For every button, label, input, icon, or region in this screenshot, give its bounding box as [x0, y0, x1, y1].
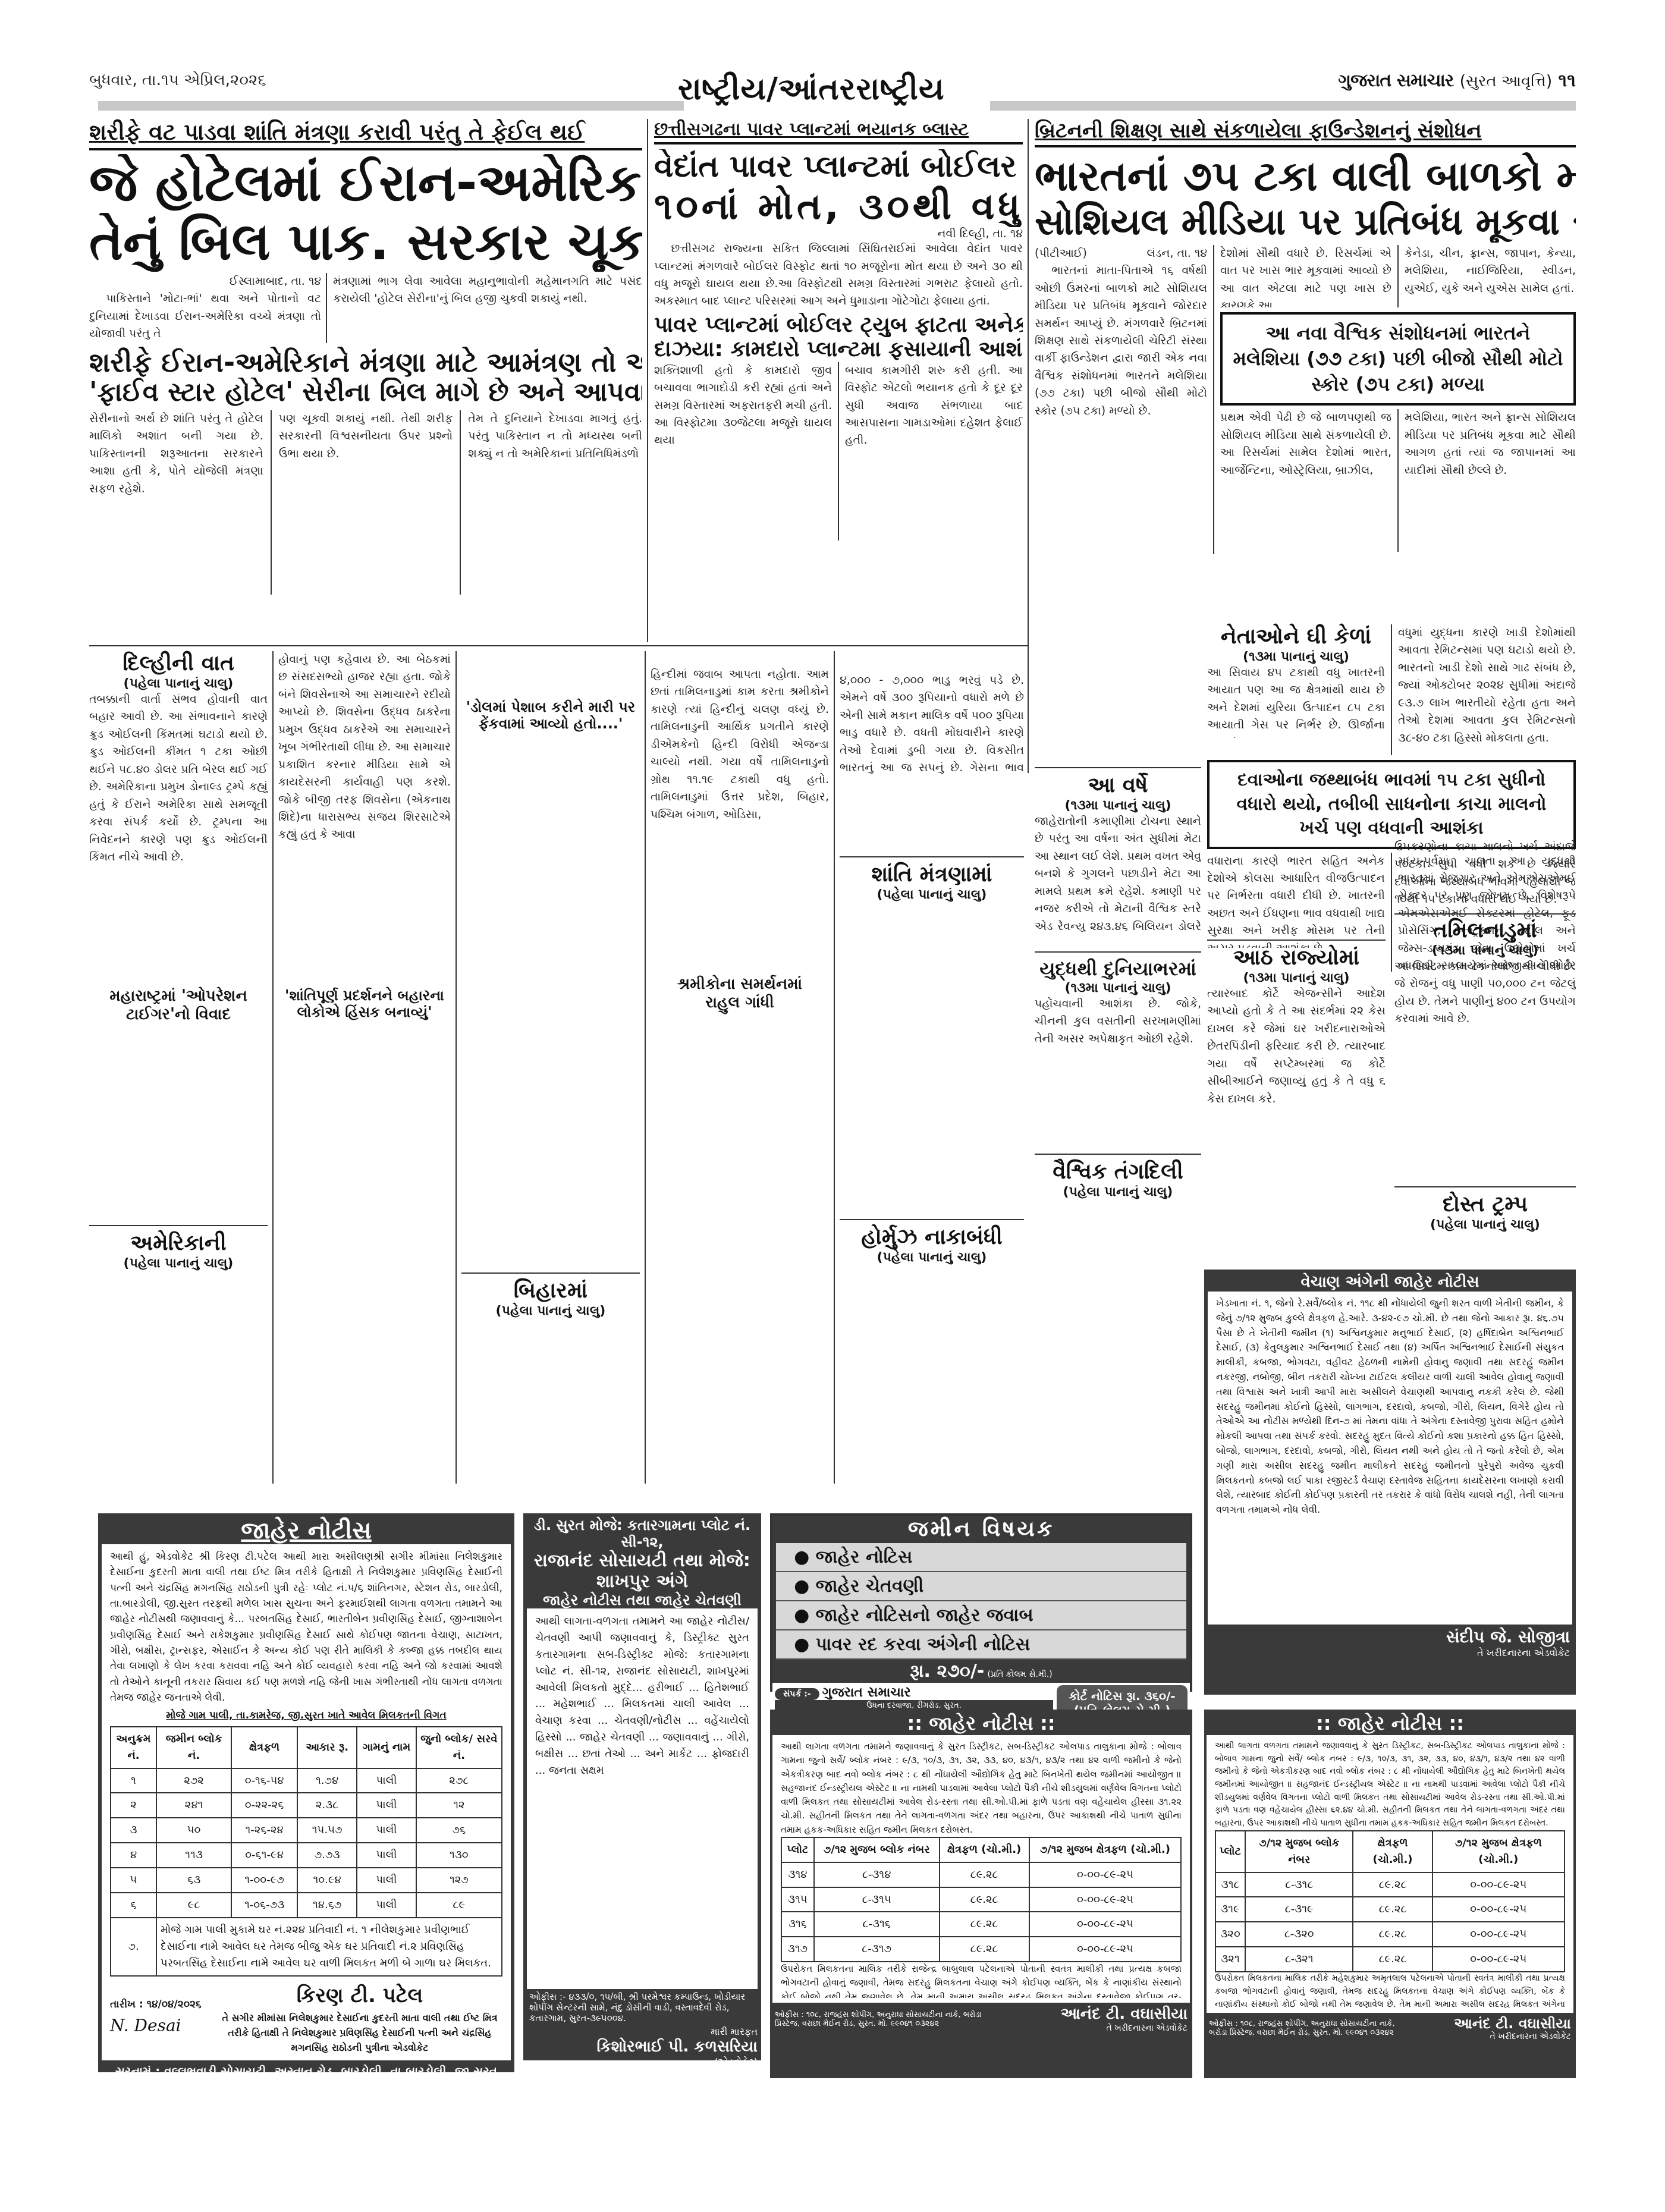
table-cell: ૧ — [111, 1768, 156, 1793]
table-header: ક્ષેત્રફળ (ચો.મી.) — [1353, 1831, 1432, 1872]
column-rule — [645, 651, 646, 1484]
table-header: જમીન બ્લોક નં. — [156, 1727, 231, 1768]
story-title: વૈશ્વિક તંગદિલી — [1035, 1160, 1201, 1184]
story-title: નેતાઓને ઘી કેળાં — [1207, 624, 1385, 649]
continued-label: (૧૩મા પાનાનું ચાલુ) — [1207, 970, 1386, 985]
story-headline: ૧૦નાં મોત, ૩૦થી વધુ ઘાયલ — [654, 185, 1023, 227]
lead-paragraph: ભારતનાં માતા-પિતાએ ૧૬ વર્ષથી ઓછી ઉંમરનાં… — [1035, 262, 1207, 420]
story-column: જાહેરાતોની કમાણીમાં ટોચના સ્થાને છે પરંત… — [1035, 813, 1201, 932]
story-column: આ સિવાય ૪૫ ટકાથી વધુ ખાતરની આયાત પણ આ જ … — [1207, 664, 1385, 739]
table-cell: ૮૯.૨૮ — [1353, 1897, 1432, 1922]
notice-body: ખેડખાતા નં. ૧, જેનો રે.સર્વે/બ્લોક નં. ૧… — [1208, 1292, 1572, 1625]
table-cell: ૨ — [111, 1793, 156, 1818]
story-title: હોર્મુઝ નાકાબંધી — [840, 1225, 1024, 1250]
story-delhi-ni-vaat: દિલ્હીની વાત (પહેલા પાનાનું ચાલુ) તબક્કા… — [89, 651, 268, 984]
table-header: ૭/૧૨ મુજબ બ્લોક નંબર — [814, 1837, 940, 1862]
notice-text: આથી લાગતા વળગતા તમામને જણાવવાનું કે સુરત… — [1215, 1740, 1565, 1830]
column-rule — [1391, 853, 1392, 972]
story-title: બિહારમાં — [461, 1278, 640, 1303]
advocate-role: તે ખરીદનારના એડવોકેટ — [1477, 1647, 1570, 1659]
continued-label: (પહેલા પાનાનું ચાલુ) — [1394, 1217, 1576, 1232]
story-column: પણ ચૂકવી શકાયું નથી. તેથી શરીફ સરકારની વ… — [279, 410, 453, 595]
table-cell: ૧-૦૬-૭૩ — [231, 1893, 297, 1918]
table-row: ૩૧૬૮-૩૧૬૮૯.૨૮૦-૦૦-૮૯-૨૫ — [781, 1912, 1181, 1937]
advocate-office: ઓફીસ : ૧૦૮, રાજહંસ શોપીંગ, અનુરાધા સોસાય… — [1209, 2019, 1405, 2037]
notice-date: તારીખ : ૧૪/૦૪/૨૦૨૬ — [110, 1997, 211, 2012]
column-rule — [272, 651, 274, 1484]
table-cell: ૨.૩૮ — [297, 1793, 357, 1818]
notice-body: આથી લાગતા વળગતા તમામને જણાવવાનું કે સુરત… — [772, 1735, 1190, 2003]
notice-text: આથી લાગતા વળગતા તમામને જણાવવાનું કે સુરત… — [781, 1740, 1182, 1837]
divider — [1035, 951, 1201, 953]
notice-body: આથી લાગતા-વળગતા તમામને આ જાહેર નોટીસ/ચેત… — [527, 1608, 758, 1989]
advocate-name: કિરણ ટી. પટેલ — [217, 1980, 502, 2012]
table-header: પ્લોટ — [781, 1837, 814, 1862]
table-cell: ૧૦.૯૪ — [297, 1868, 357, 1893]
story-iran-hotel: શરીફે વટ પાડવા શાંતિ મંત્રણા કરાવી પરંતુ… — [89, 119, 642, 595]
story-title: આઠ રાજ્યોમાં — [1207, 945, 1386, 970]
table-header: જુનો બ્લોક/ સરવે નં. — [416, 1727, 502, 1768]
story-column: શક્તિશાળી હતો કે કામદારો જીવ બચાવવા ભાગા… — [654, 362, 832, 541]
table-cell: ૧.૭૪ — [297, 1768, 357, 1793]
story-column: હિન્દીમાં જવાબ આપતા નહોતા. આમ છતાં તામિલ… — [651, 666, 829, 844]
table-header: આકાર રૂ. — [297, 1727, 357, 1768]
table-row: ૫૬૩૧-૦૦-૯૭૧૦.૯૪પાલી૧૨૭ — [111, 1868, 502, 1893]
signature: N. Desai — [110, 2013, 211, 2038]
advocate-address: સરનામું : વલ્લભવાડી સોસાયટી, અસ્તાન રોડ,… — [102, 2060, 511, 2096]
ad-item: ● જાહેર નોટિસનો જાહેર જવાબ — [776, 1601, 1186, 1630]
table-row: ૨૨૪૧૦-૨૨-૨૬૨.૩૮પાલી૧૨ — [111, 1793, 502, 1818]
story-column: હોવાનું પણ કહેવાય છે. આ બેઠકમાં છ સંસદસભ… — [278, 651, 451, 984]
story-lead: ઈસ્લામાબાદ, તા. ૧૪ પાકિસ્તાને 'મોટા-ભાં'… — [89, 273, 327, 343]
story-column: વધુમાં યુદ્ધના કારણે ખાડી દેશોમાંથી આવતા… — [1398, 624, 1576, 755]
advocate-office: ઓફીસ : ૧૦૮, રાજહંસ શોપીંગ, અનુરાધા સોસાય… — [775, 2010, 1001, 2028]
notice-title: :: જાહેર નોટીસ :: — [772, 1712, 1190, 1735]
public-notice-kiran: જાહેર નોટીસ આથી હું, એડવોકેટ શ્રી કિરણ ટ… — [98, 1513, 514, 2072]
section-divider — [89, 645, 1028, 646]
story-title: મહારાષ્ટ્રમાં 'ઓપરેશન ટાઈગર'નો વિવાદ — [89, 987, 268, 1024]
table-row: ૬૯૮૧-૦૬-૭૩૧૪.૬૭પાલી૮૯ — [111, 1893, 502, 1918]
table-cell: ૩૧૮ — [1215, 1872, 1245, 1897]
table-cell: ૧૧૩ — [156, 1843, 231, 1868]
table-cell: ૦-૦૦-૮૯-૨૫ — [1029, 1912, 1181, 1937]
notice-title: જાહેર નોટીસ — [102, 1517, 511, 1544]
paper-name: ગુજરાત સમાચાર — [1338, 70, 1453, 91]
table-row: ૩૧૪૮-૩૧૪૮૯.૨૮૦-૦૦-૮૯-૨૫ — [781, 1862, 1181, 1887]
ad-title: જમીન વિષયક — [772, 1516, 1190, 1543]
table-row: ૩૧૭૮-૩૧૭૮૯.૨૮૦-૦૦-૮૯-૨૫ — [781, 1937, 1181, 1962]
public-notice-bolav-1: :: જાહેર નોટીસ :: આથી લાગતા વળગતા તમામને… — [770, 1710, 1192, 2078]
lead-paragraph: પાકિસ્તાને 'મોટા-ભાં' થવા અને પોતાનો વટ … — [89, 290, 321, 343]
column-rule — [647, 119, 648, 642]
story-column: ત્યારબાદ કોર્ટે એજન્સીને આદેશ આપ્યો હતો … — [1207, 985, 1386, 1152]
table-cell: ૩૨૧ — [1215, 1947, 1245, 1972]
table-cell: ૭. — [111, 1918, 156, 1976]
story-vaishvik: વૈશ્વિક તંગદિલી (પહેલા પાનાનું ચાલુ) — [1035, 1154, 1201, 1199]
story-column: આ સિસ્ટમ કામ ટેકનોલોજીથી લીધી છે. જે રોજ… — [1394, 958, 1576, 1077]
via-label: મારી મારફત — [527, 2026, 758, 2038]
table-cell: ૮૯.૨૮ — [940, 1862, 1029, 1887]
notice-footer: ઉપરોકત મિલકતના માલિક તરીકે મહેશકુમાર અમૃ… — [1215, 1972, 1565, 2008]
continued-label: (૧૩મા પાનાનું ચાલુ) — [1207, 649, 1385, 664]
table-title: મોજે ગામ પાલી, તા.કામરેજ, જી.સુરત ખાતે આ… — [110, 1708, 502, 1723]
table-cell: ૧-૨૬-૨૪ — [231, 1818, 297, 1843]
story-headline: વેદાંત પાવર પ્લાન્ટમાં બોઈલર વિસ્ફોટ — [654, 149, 1023, 185]
table-cell: ૦-૦૦-૮૯-૨૫ — [1029, 1937, 1181, 1962]
notice-body: આથી હું, એડવોકેટ શ્રી કિરણ ટી.પટેલ આથી મ… — [102, 1544, 511, 2060]
story-title: રાહુલ ગાંધી — [651, 994, 829, 1012]
table-cell: ૦-૬૧-૯૪ — [231, 1843, 297, 1868]
table-header: અનુક્રમ નં. — [111, 1727, 156, 1768]
column-rule — [1397, 409, 1399, 552]
story-shanti-mantrana: શાંતિ મંત્રણામાં (પહેલા પાનાનું ચાલુ) — [840, 856, 1024, 902]
table-header: ક્ષેત્રફળ (ચો.મી.) — [940, 1837, 1029, 1862]
story-title: 'શાંતિપૂર્ણ પ્રદર્શનને બહારના લોકોએ હિંસ… — [278, 987, 451, 1020]
table-cell: ૮-૩૨૧ — [1245, 1947, 1353, 1972]
table-cell: ૧૨૭ — [416, 1868, 502, 1893]
public-notice-sale: વેચાણ અંગેની જાહેર નોટીસ ખેડખાતા નં. ૧, … — [1204, 1270, 1576, 1695]
table-cell: ૮-૩૧૫ — [814, 1887, 940, 1912]
notice-title: જાહેર નોટીસ તથા જાહેર ચેતવણી — [527, 1592, 758, 1608]
notice-footer: ઉપરોકત મિલકતના માલિક તરીકે રાજેન્દ્ર બાબ… — [781, 1962, 1182, 1998]
public-notice-bolav-2: :: જાહેર નોટીસ :: આથી લાગતા વળગતા તમામને… — [1204, 1710, 1576, 2078]
table-cell: ૩૧૪ — [781, 1862, 814, 1887]
table-header: ૭/૧૨ મુજબ ક્ષેત્રફળ (ચો.મી.) — [1029, 1837, 1181, 1862]
story-column: વધારાના કારણે ભારત સહિત અનેક દેશોએ કોલસા… — [1207, 853, 1385, 948]
story-title: આ વર્ષે — [1035, 773, 1201, 798]
ad-price-unit: (પ્રતિ કોલમ સે.મી.) — [987, 1670, 1052, 1679]
table-cell: ૧૨ — [416, 1793, 502, 1818]
paper-masthead: ગુજરાત સમાચાર (સુરત આવૃત્તિ) ૧૧ — [1338, 70, 1576, 91]
table-cell: ૮૯.૨૮ — [940, 1937, 1029, 1962]
table-cell: ૮૯.૨૮ — [1353, 1872, 1432, 1897]
table-cell: ૩૧૫ — [781, 1887, 814, 1912]
table-cell: ૨૭૮ — [416, 1768, 502, 1793]
table-cell: ૫૦ — [156, 1818, 231, 1843]
story-subhead: 'ફાઈવ સ્ટાર હોટેલ' સેરીના બિલ માગે છે અન… — [89, 378, 642, 408]
continued-label: (પહેલા પાનાનું ચાલુ) — [1035, 1184, 1201, 1199]
notice-title: વેચાણ અંગેની જાહેર નોટીસ — [1208, 1273, 1572, 1292]
table-cell: પાલી — [357, 1793, 416, 1818]
story-power-plant-blast: છત્તીસગઢના પાવર પ્લાન્ટમાં ભયાનક બ્લાસ્ટ… — [654, 119, 1023, 541]
table-cell: ૮૯.૨૮ — [1353, 1947, 1432, 1972]
notice-title: ડી. સુરત મોજે: કતારગામના પ્લોટ નં. સી-૧૨… — [527, 1517, 758, 1550]
story-tamilnadu: ઉપકરણોના કાચા માલનો ખર્ચ અંદાજે ૫૦ટકા સુ… — [1394, 838, 1576, 1077]
property-table: અનુક્રમ નં.જમીન બ્લોક નં.ક્ષેત્રફળઆકાર ર… — [110, 1726, 502, 1977]
dateline: લંડન, તા. ૧૪ — [1147, 245, 1207, 262]
column-rule — [1391, 624, 1392, 755]
table-cell: ૮-૩૧૭ — [814, 1937, 940, 1962]
court-notice-label: કોર્ટ નોટિસ રૂા. ૩૬૦/- — [1060, 1689, 1184, 1703]
story-column: સેરીનાનો અર્થ છે શાંતિ પરંતુ તે હોટેલ મા… — [89, 410, 263, 595]
story-title: શાંતિ મંત્રણામાં — [840, 862, 1024, 887]
table-cell: ૩ — [111, 1818, 156, 1843]
table-row: ૩૧૮૮-૩૧૮૮૯.૨૮૦-૦૦-૮૯-૨૫ — [1215, 1872, 1565, 1897]
table-cell: ૦-૨૨-૨૬ — [231, 1793, 297, 1818]
story-shramiko: શ્રમીકોના સમર્થનમાં રાહુલ ગાંધી — [651, 975, 829, 1012]
column-rule — [1397, 245, 1399, 307]
table-cell: ૮-૩૨૦ — [1245, 1922, 1353, 1947]
dateline: નવી દિલ્હી, તા. ૧૪ — [654, 227, 1023, 240]
table-row: ૭.મોજે ગામ પાલી મુકામે ઘર નં.૨૨૪ પ્રતિવા… — [111, 1918, 502, 1976]
continued-label: (પહેલા પાનાનું ચાલુ) — [840, 1250, 1024, 1265]
table-header: ૭/૧૨ મુજબ ક્ષેત્રફળ (ચો.મી.) — [1432, 1831, 1565, 1872]
table-header: ગામનું નામ — [357, 1727, 416, 1768]
table-row: ૩૧૫૮-૩૧૫૮૯.૨૮૦-૦૦-૮૯-૨૫ — [781, 1887, 1181, 1912]
story-headline: તેનું બિલ પાક. સરકાર ચૂકવી ન શકી ! — [89, 213, 642, 272]
story-column: તેમ તે દુનિયાને દેખાડવા માગતું હતું. પરં… — [468, 410, 642, 595]
ad-price: રૂા. ૨૭૦/- — [910, 1661, 984, 1682]
plot-table: પ્લોટ૭/૧૨ મુજબ બ્લોક નંબરક્ષેત્રફળ (ચો.મ… — [781, 1837, 1182, 1962]
brand-logo: ગુજરાત સમાચાર — [822, 1685, 911, 1700]
table-header: પ્લોટ — [1215, 1831, 1245, 1872]
table-cell: ૮૯.૨૮ — [1353, 1922, 1432, 1947]
story-yuddh: યુદ્ધથી દુનિયાભરમાં (૧૩મા પાનાનું ચાલુ) … — [1035, 951, 1201, 1048]
public-notice-katargam: ડી. સુરત મોજે: કતારગામના પ્લોટ નં. સી-૧૨… — [523, 1513, 761, 2060]
table-cell: ૩૧૬ — [781, 1912, 814, 1937]
table-row: ૩૨૧૮-૩૨૧૮૯.૨૮૦-૦૦-૮૯-૨૫ — [1215, 1947, 1565, 1972]
divider — [461, 1272, 640, 1274]
continued-label: (પહેલા પાનાનું ચાલુ) — [840, 887, 1024, 902]
story-title: તમિલનાડુમાં — [1394, 918, 1576, 943]
table-cell: ૪ — [111, 1843, 156, 1868]
header-rule-right — [990, 101, 1576, 111]
column-rule — [834, 651, 835, 1484]
header-rule-left — [98, 101, 684, 111]
story-headline: સોશિયલ મીડિયા પર પ્રતિબંધ મૂકવા રાજી — [1035, 200, 1576, 243]
table-cell: ૨૭૨ — [156, 1768, 231, 1793]
story-social-media-ban: બ્રિટનની શિક્ષણ સાથે સંકળાયેલા ફાઉન્ડેશન… — [1035, 119, 1576, 554]
story-title: 'ડોલમાં પેશાબ કરીને મારી પર ફેંકવામાં આવ… — [461, 699, 640, 732]
table-cell: ૯૮ — [156, 1893, 231, 1918]
divider — [1394, 913, 1576, 915]
story-column: પ્રથમ એવી પેઢી છે જે બાળપણથી જ સોશિયલ મી… — [1220, 409, 1391, 552]
story-subhead: પાવર પ્લાન્ટમાં બોઈલર ટ્યુબ ફાટતા અનેક લ… — [654, 313, 1023, 337]
ad-item: ● જાહેર ચેતવણી — [776, 1572, 1186, 1601]
table-cell: ૭.૭૩ — [297, 1843, 357, 1868]
story-dost-trump: દોસ્ત ટ્રમ્પ (પહેલા પાનાનું ચાલુ) — [1394, 1186, 1576, 1232]
column-rule — [838, 362, 839, 541]
story-america: અમેરિકાની (પહેલા પાનાનું ચાલુ) — [89, 1225, 268, 1271]
table-cell: ૮૯.૨૮ — [940, 1912, 1029, 1937]
advocate-name: કિશોરભાઈ પી. કળસરિયા — [527, 2038, 758, 2056]
table-cell: પાલી — [357, 1868, 416, 1893]
story-aath-rajyo: આઠ રાજ્યોમાં (૧૩મા પાનાનું ચાલુ) ત્યારબા… — [1207, 940, 1386, 1152]
table-cell: ૧૫.૫૭ — [297, 1818, 357, 1843]
table-cell: ૧-૦૦-૯૭ — [231, 1868, 297, 1893]
highlight-box: દવાઓના જથ્થાબંધ ભાવમાં ૧૫ ટકા સુધીનો વધા… — [1207, 760, 1576, 849]
ad-item: ● જાહેર નોટિસ — [776, 1543, 1186, 1572]
table-cell: ૮-૩૧૬ — [814, 1912, 940, 1937]
column-rule — [1213, 245, 1214, 554]
page-number: ૧૧ — [1559, 70, 1576, 91]
story-kicker: છત્તીસગઢના પાવર પ્લાન્ટમાં ભયાનક બ્લાસ્ટ — [654, 119, 1023, 144]
story-kicker: શરીફે વટ પાડવા શાંતિ મંત્રણા કરાવી પરંતુ… — [89, 119, 642, 150]
table-row: ૩૨૦૮-૩૨૦૮૯.૨૮૦-૦૦-૮૯-૨૫ — [1215, 1922, 1565, 1947]
story-column: તબક્કાની વાર્તા સંભવ હોવાની વાત બહાર આવી… — [89, 691, 268, 866]
story-title: દિલ્હીની વાત — [89, 651, 268, 676]
table-row: ૪૧૧૩૦-૬૧-૯૪૭.૭૩પાલી૧૩૦ — [111, 1843, 502, 1868]
ad-item: ● પાવર રદ કરવા અંગેની નોટિસ — [776, 1630, 1186, 1660]
table-cell: ૦-૧૬-૫૪ — [231, 1768, 297, 1793]
table-cell: ૭૬ — [416, 1818, 502, 1843]
story-column: ઉપકરણોના કાચા માલનો ખર્ચ અંદાજે ૫૦ટકા સુ… — [1394, 838, 1576, 910]
story-title: અમેરિકાની — [89, 1231, 268, 1256]
advocate-name: સંદીપ જે. સોજીત્રા — [1446, 1627, 1570, 1647]
table-cell: ૩૧૯ — [1215, 1897, 1245, 1922]
table-cell: ૫ — [111, 1868, 156, 1893]
story-aa-varshe: આ વર્ષે (૧૩મા પાનાનું ચાલુ) જાહેરાતોની ક… — [1035, 767, 1201, 932]
story-column: ૪,૦૦૦ - ૭,૦૦૦ ભાડુ ભરવું પડે છે. એમને વર… — [840, 672, 1024, 779]
column-rule — [1028, 119, 1029, 773]
story-title: યુદ્ધથી દુનિયાભરમાં — [1035, 957, 1201, 981]
story-column: કેનેડા, ચીન, ફ્રાન્સ, જાપાન, કેન્યા, મલે… — [1405, 245, 1576, 307]
table-header: ૭/૧૨ મુજબ બ્લોક નંબર — [1245, 1831, 1353, 1872]
continued-label: (૧૩મા પાનાનું ચાલુ) — [1035, 798, 1201, 813]
continued-label: (૧૩મા પાનાનું ચાલુ) — [1035, 981, 1201, 995]
table-cell: ૦-૦૦-૮૯-૨૫ — [1029, 1862, 1181, 1887]
table-cell: ૬ — [111, 1893, 156, 1918]
table-header: ક્ષેત્રફળ — [231, 1727, 297, 1768]
advocate-name: આનંદ ટી. વઘાસીયા — [1454, 2015, 1571, 2032]
table-cell: ૦-૦૦-૮૯-૨૫ — [1432, 1922, 1565, 1947]
edition-label: (સુરત આવૃત્તિ) — [1460, 73, 1552, 90]
column-rule — [460, 410, 461, 595]
table-cell: ૦-૦૦-૮૯-૨૫ — [1432, 1947, 1565, 1972]
ad-land-notices: જમીન વિષયક ● જાહેર નોટિસ● જાહેર ચેતવણી● … — [770, 1513, 1192, 1692]
divider — [1207, 940, 1386, 941]
divider — [1035, 1154, 1201, 1155]
table-cell: ૩૨૦ — [1215, 1922, 1245, 1947]
story-column: (પીટીઆઈ) લંડન, તા. ૧૪ ભારતનાં માતા-પિતાએ… — [1035, 245, 1207, 554]
continued-label: (પહેલા પાનાનું ચાલુ) — [89, 676, 268, 691]
table-cell: ૨૪૧ — [156, 1793, 231, 1818]
divider — [1394, 1186, 1576, 1187]
story-column: પહોંચવાની આશંકા છે. જોકે, ચીનની કુલ વસતી… — [1035, 995, 1201, 1048]
story-title: શ્રમીકોના સમર્થનમાં — [651, 975, 829, 994]
plot-table: પ્લોટ૭/૧૨ મુજબ બ્લોક નંબરક્ષેત્રફળ (ચો.મ… — [1215, 1830, 1565, 1972]
issue-date: બુધવાર, તા.૧૫ એપ્રિલ,૨૦૨૬ — [89, 71, 266, 90]
notice-body: આથી લાગતા વળગતા તમામને જણાવવાનું કે સુરત… — [1207, 1735, 1573, 2013]
advocate-name: આનંદ ટી. વઘાસીયા — [1061, 2005, 1188, 2024]
story-column: મલેશિયા, ભારત અને ફ્રાન્સ સોશિયલ મીડિયા … — [1405, 409, 1576, 552]
advocate-description: તે સગીર મીમાંસા નિલેશકુમાર દેસાઈના કુદરત… — [217, 2011, 502, 2055]
table-cell: ૮-૩૧૪ — [814, 1862, 940, 1887]
story-lead-2: મંત્રણામાં ભાગ લેવા આવેલા મહાનુભાવોની મહ… — [333, 273, 642, 343]
table-cell: ૮-૩૧૯ — [1245, 1897, 1353, 1922]
advocate-role: તે ખરીદનારના એડવોકેટ — [1454, 2032, 1571, 2041]
notice-title: રાજાનંદ સોસાયટી તથા મોજે: શાખપુર અંગે — [527, 1550, 758, 1592]
table-cell: પાલી — [357, 1818, 416, 1843]
story-maharashtra: મહારાષ્ટ્રમાં 'ઓપરેશન ટાઈગર'નો વિવાદ — [89, 987, 268, 1024]
table-row: ૧૨૭૨૦-૧૬-૫૪૧.૭૪પાલી૨૭૮ — [111, 1768, 502, 1793]
table-cell: ૮-૩૧૮ — [1245, 1872, 1353, 1897]
table-row: ૩૫૦૧-૨૬-૨૪૧૫.૫૭પાલી૭૬ — [111, 1818, 502, 1843]
story-column: બચાવ કામગીરી શરુ કરી હતી. આ વિસ્ફોટ એટલો… — [845, 362, 1023, 541]
advocate-office: ઓફીસ :- ૪૩૩/૦, ૧૫/બી, શ્રી પરમેશ્વર કમ્પ… — [527, 1989, 758, 2026]
source-credit: (પીટીઆઈ) — [1035, 245, 1087, 262]
continued-label: (૧૩મા પાનાનું ચાલુ) — [1394, 943, 1576, 958]
story-headline: ભારતનાં ૭૫ ટકા વાલી બાળકો માટે — [1035, 152, 1576, 200]
story-bihar: બિહારમાં (પહેલા પાનાનું ચાલુ) — [461, 1272, 640, 1318]
notice-title: :: જાહેર નોટીસ :: — [1207, 1712, 1573, 1735]
divider — [840, 856, 1024, 857]
column-rule — [271, 410, 272, 595]
divider — [89, 1225, 268, 1226]
highlight-box: આ નવા વૈશ્વિક સંશોધનમાં ભારતને મલેશિયા (… — [1220, 312, 1576, 406]
continued-label: (પહેલા પાનાનું ચાલુ) — [89, 1256, 268, 1271]
story-column: દેશોમાં સૌથી વધારે છે. રિસર્ચમાં એ વાત પ… — [1220, 245, 1391, 307]
story-lead: છત્તીસગઢ રાજ્યના સકિત જિલ્લામાં સિંઘિતરા… — [654, 240, 1023, 310]
column-rule — [455, 651, 457, 1484]
advocate-role: (એડવોકેટ) — [527, 2056, 758, 2068]
table-cell: ૦-૦૦-૮૯-૨૫ — [1432, 1872, 1565, 1897]
advocate-role: તે ખરીદનારના એડવોકેટ — [1061, 2024, 1188, 2033]
story-dolla: 'ડોલમાં પેશાબ કરીને મારી પર ફેંકવામાં આવ… — [461, 651, 640, 732]
table-cell: ૬૩ — [156, 1868, 231, 1893]
table-cell: પાલી — [357, 1893, 416, 1918]
continued-label: (પહેલા પાનાનું ચાલુ) — [461, 1303, 640, 1318]
table-row: ૩૧૯૮-૩૧૯૮૯.૨૮૦-૦૦-૮૯-૨૫ — [1215, 1897, 1565, 1922]
story-hormuz: હોર્મુઝ નાકાબંધી (પહેલા પાનાનું ચાલુ) — [840, 1219, 1024, 1265]
story-kicker: બ્રિટનની શિક્ષણ સાથે સંકળાયેલા ફાઉન્ડેશન… — [1035, 119, 1576, 147]
story-subhead: શરીફે ઈરાન-અમેરિકાને મંત્રણા માટે આમંત્ર… — [89, 347, 642, 378]
table-cell: ૧૪.૬૭ — [297, 1893, 357, 1918]
notice-text: આથી હું, એડવોકેટ શ્રી કિરણ ટી.પટેલ આથી મ… — [110, 1549, 502, 1705]
table-cell: ૦-૦૦-૮૯-૨૫ — [1432, 1897, 1565, 1922]
table-cell: ૮૯ — [416, 1893, 502, 1918]
section-title: રાષ્ટ્રીય/આંતરરાષ્ટ્રીય — [678, 71, 945, 108]
story-title: દોસ્ત ટ્રમ્પ — [1394, 1192, 1576, 1217]
dateline: ઈસ્લામાબાદ, તા. ૧૪ — [89, 273, 321, 290]
table-cell: ૮૯.૨૮ — [940, 1887, 1029, 1912]
table-cell: પાલી — [357, 1768, 416, 1793]
story-shantipurn: 'શાંતિપૂર્ણ પ્રદર્શનને બહારના લોકોએ હિંસ… — [278, 987, 451, 1020]
lead-paragraph: છત્તીસગઢ રાજ્યના સકિત જિલ્લામાં સિંઘિતરા… — [654, 240, 1023, 310]
story-subhead: દાઝયા: કામદારો પ્લાન્ટમા ફસાયાની આશંકા — [654, 337, 1023, 362]
ad-items-list: ● જાહેર નોટિસ● જાહેર ચેતવણી● જાહેર નોટિસ… — [776, 1543, 1186, 1660]
divider — [840, 1219, 1024, 1220]
ad-address: ઉધના દરવાજા, રીંગરોડ, સુરત. — [776, 1701, 1052, 1710]
contact-label: સંપર્ક :- — [775, 1688, 819, 1700]
table-cell: પાલી — [357, 1843, 416, 1868]
story-headline: જે હોટેલમાં ઈરાન-અમેરિકા મંત્રણા થઈ — [89, 154, 642, 213]
divider — [1035, 767, 1201, 768]
table-cell: મોજે ગામ પાલી મુકામે ઘર નં.૨૨૪ પ્રતિવાદી… — [156, 1918, 502, 1976]
table-cell: ૦-૦૦-૮૯-૨૫ — [1029, 1887, 1181, 1912]
table-cell: ૧૩૦ — [416, 1843, 502, 1868]
table-cell: ૩૧૭ — [781, 1937, 814, 1962]
